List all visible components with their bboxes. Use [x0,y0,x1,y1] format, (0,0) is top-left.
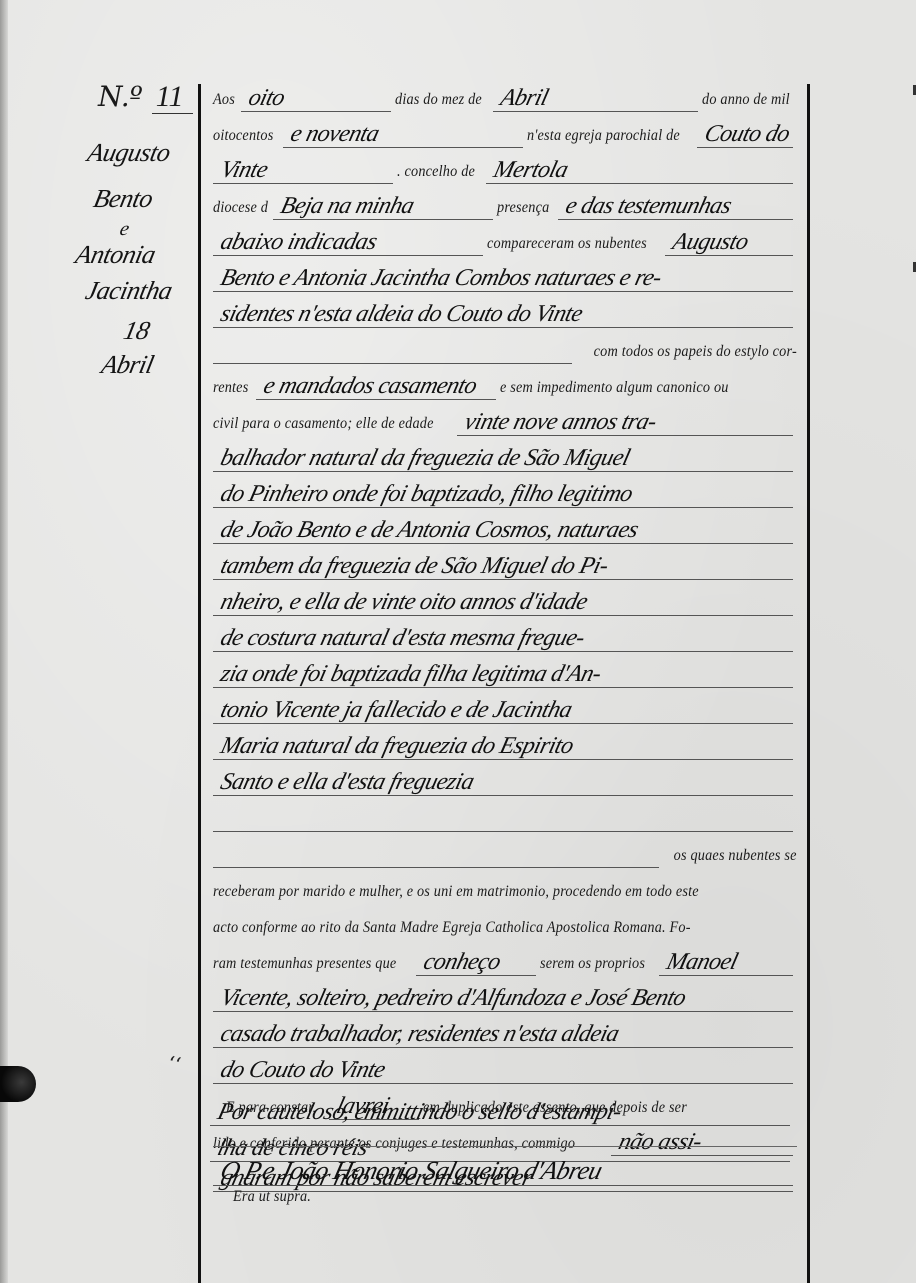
printed-text: civil para o casamento; elle de edade [213,415,434,436]
handwritten-signing-note: Por cauteloso, emmittindo o sello d'esta… [207,1100,624,1125]
form-line-27: casado trabalhador, residentes n'esta al… [213,1012,797,1048]
form-line-4: diocese d Beja na minha presença e das t… [213,184,797,220]
form-line-13: de João Bento e de Antonia Cosmos, natur… [213,508,797,544]
printed-text: rentes [213,379,248,400]
handwritten-diocese: Beja na minha [270,194,416,219]
handwritten-narrative: zia onde foi baptizada filha legitima d'… [210,662,604,687]
fill-narrative: de costura natural d'esta mesma fregue- [213,619,793,652]
entry-number: N.º 11 [98,80,193,114]
handwritten-groom: Augusto [662,230,751,255]
handwritten-parish: Couto do [694,122,792,147]
fill-narrative: do Pinheiro onde foi baptizado, filho le… [213,475,793,508]
margin-name-line: Jacintha [83,276,175,306]
form-line-8: com todos os papeis do estylo cor- [213,328,797,364]
fill-witness-1: Manoel [659,943,793,976]
fill-witnesses: Vicente, solteiro, pedreiro d'Alfundoza … [213,979,793,1012]
form-line-22: os quaes nubentes se [213,832,797,868]
signature-block: O P.e João Honorio Salgueiro d'Abreu Era… [198,1140,810,1283]
printed-text: acto conforme ao rito da Santa Madre Egr… [213,919,691,940]
handwritten-papers: e mandados casamento [252,374,478,399]
printed-text: diocese d [213,199,268,220]
form-line-14: tambem da freguezia de São Miguel do Pi- [213,544,797,580]
form-line-20: Santo e ella d'esta freguezia [213,760,797,796]
form-line-19: Maria natural da freguezia do Espirito [213,724,797,760]
handwritten-witnesses: casado trabalhador, residentes n'esta al… [210,1022,621,1047]
form-line-12: do Pinheiro onde foi baptizado, filho le… [213,472,797,508]
handwritten-narrative: nheiro, e ella de vinte oito annos d'ida… [210,590,590,615]
handwritten-narrative: balhador natural da freguezia de São Mig… [210,446,632,471]
handwritten-witnesses: do Couto do Vinte [210,1058,388,1083]
handwritten-narrative: Santo e ella d'esta freguezia [210,770,476,795]
handwritten-year: e noventa [280,122,381,147]
fill-parish: Couto do [697,115,793,148]
fill-narrative: zia onde foi baptizada filha legitima d'… [213,655,793,688]
fill-names: Bento e Antonia Jacintha Combos naturaes… [213,259,793,292]
handwritten-parish-cont: Vinte [210,158,270,183]
fill-witnesses: do Couto do Vinte [213,1051,793,1084]
printed-text: serem os proprios [540,955,645,976]
fill-witnesses: casado trabalhador, residentes n'esta al… [213,1015,793,1048]
margin-name-line: Antonia [73,240,158,270]
handwritten-narrative: de costura natural d'esta mesma fregue- [210,626,587,651]
fill-presence: e das testemunhas [558,187,793,220]
thumb-shadow [0,1066,36,1102]
form-line-10: civil para o casamento; elle de edade vi… [213,400,797,436]
form-line-28: do Couto do Vinte [213,1048,797,1084]
entry-prefix: N.º [98,80,143,113]
fill-narrative: de João Bento e de Antonia Cosmos, natur… [213,511,793,544]
signature-line: O P.e João Honorio Salgueiro d'Abreu [213,1150,797,1186]
printed-text: ram testemunhas presentes que [213,955,396,976]
fill-blank [213,799,793,832]
form-line-24: acto conforme ao rito da Santa Madre Egr… [213,904,797,940]
handwritten-council: Mertola [483,158,570,183]
handwritten-month: Abril [490,86,551,111]
printed-text: do anno de mil [702,91,790,112]
handwritten-narrative: do Pinheiro onde foi baptizado, filho le… [210,482,635,507]
printed-text: dias do mez de [395,91,482,112]
printed-text: presença [497,199,549,220]
form-line-25: ram testemunhas presentes que conheço se… [213,940,797,976]
handwritten-narrative: tonio Vicente ja fallecido e de Jacintha [210,698,574,723]
fill-day: oito [241,79,391,112]
form-line-18: tonio Vicente ja fallecido e de Jacintha [213,688,797,724]
printed-text: receberam por marido e mulher, e os uni … [213,883,699,904]
form-line-17: zia onde foi baptizada filha legitima d'… [213,652,797,688]
fill-groom: Augusto [665,223,793,256]
form-line-9: rentes e mandados casamento e sem impedi… [213,364,797,400]
printed-text: . concelho de [397,163,475,184]
fill-signature: O P.e João Honorio Salgueiro d'Abreu [213,1153,793,1186]
handwritten-presence: e das testemunhas [555,194,734,219]
fill-papers: e mandados casamento [256,367,496,400]
form-line-23: receberam por marido e mulher, e os uni … [213,868,797,904]
handwritten-witnesses: Vicente, solteiro, pedreiro d'Alfundoza … [210,986,688,1011]
fill-narrative: Santo e ella d'esta freguezia [213,763,793,796]
margin-name-line: Bento [91,184,156,214]
form-line-5: abaixo indicadas compareceram os nubente… [213,220,797,256]
printed-text: Aos [213,91,235,112]
closing-text: Era ut supra. [233,1188,311,1209]
fill-narrative: Maria natural da freguezia do Espirito [213,727,793,760]
handwritten-know: conheço [413,950,503,975]
document-page: ʻʻ N.º 11 Augusto Bento e Antonia Jacint… [0,0,916,1283]
fill-diocese: Beja na minha [273,187,493,220]
fill-council: Mertola [486,151,793,184]
signature-top-rule [213,1146,797,1147]
fill-narrative: tonio Vicente ja fallecido e de Jacintha [213,691,793,724]
priest-signature: O P.e João Honorio Salgueiro d'Abreu [210,1158,605,1185]
printed-text: e sem impedimento algum canonico ou [500,379,729,400]
entry-number-value: 11 [152,80,194,114]
fill-narrative: tambem da freguezia de São Miguel do Pi- [213,547,793,580]
margin-name-line: e [118,218,131,241]
form-line-1: Aos oito dias do mez de Abril do anno de… [213,76,797,112]
form-line-7: sidentes n'esta aldeia do Couto do Vinte [213,292,797,328]
handwritten-narrative: de João Bento e de Antonia Cosmos, natur… [210,518,641,543]
handwritten-witnesses-note: abaixo indicadas [210,230,379,255]
fill-blank [213,835,659,868]
fill-narrative: balhador natural da freguezia de São Mig… [213,439,793,472]
form-line-21 [213,796,797,832]
form-line-16: de costura natural d'esta mesma fregue- [213,616,797,652]
fill-parish-cont: Vinte [213,151,393,184]
margin-tick-marks: ʻʻ [166,1051,183,1077]
fill-residence: sidentes n'esta aldeia do Couto do Vinte [213,295,793,328]
printed-text: n'esta egreja parochial de [527,127,680,148]
form-line-6: Bento e Antonia Jacintha Combos naturaes… [213,256,797,292]
fill-witnesses-note: abaixo indicadas [213,223,483,256]
form-line-3: Vinte . concelho de Mertola [213,148,797,184]
handwritten-witness-1: Manoel [655,950,739,975]
fill-narrative: nheiro, e ella de vinte oito annos d'ida… [213,583,793,616]
handwritten-names: Bento e Antonia Jacintha Combos naturaes… [210,266,664,291]
margin-date-day: 18 [121,316,152,346]
handwritten-narrative: tambem da freguezia de São Miguel do Pi- [210,554,611,579]
fill-month: Abril [493,79,697,112]
fill-know: conheço [416,943,536,976]
printed-text: oitocentos [213,127,273,148]
form-line-11: balhador natural da freguezia de São Mig… [213,436,797,472]
form-line-15: nheiro, e ella de vinte oito annos d'ida… [213,580,797,616]
printed-text: os quaes nubentes se [674,847,797,868]
fill-groom-age: vinte nove annos tra- [457,403,793,436]
handwritten-day: oito [238,86,287,111]
handwritten-residence: sidentes n'esta aldeia do Couto do Vinte [210,302,585,327]
printed-text: compareceram os nubentes [487,235,647,256]
margin-date-month: Abril [99,350,156,380]
form-line-32: Por cauteloso, emmittindo o sello d'esta… [210,1090,794,1126]
printed-text: com todos os papeis do estylo cor- [594,343,797,364]
handwritten-narrative: Maria natural da freguezia do Espirito [210,734,576,759]
fill-year: e noventa [283,115,523,148]
form-line-26: Vicente, solteiro, pedreiro d'Alfundoza … [213,976,797,1012]
fill-blank [213,331,572,364]
margin-name-line: Augusto [85,138,173,168]
fill-signing-note: Por cauteloso, emmittindo o sello d'esta… [210,1093,790,1126]
form-line-2: oitocentos e noventa n'esta egreja paroc… [213,112,797,148]
handwritten-groom-age: vinte nove annos tra- [454,410,659,435]
